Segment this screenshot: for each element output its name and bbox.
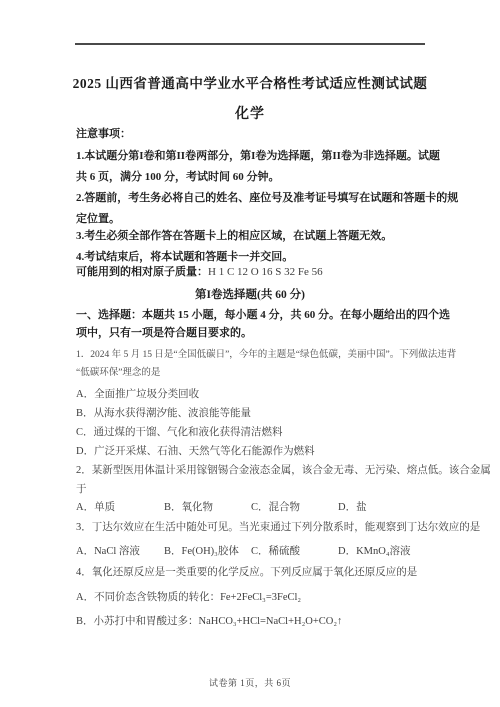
exam-title: 2025 山西省普通高中学业水平合格性考试适应性测试试题 — [0, 72, 500, 92]
question-2-stem-line-1: 2．某新型医用体温计采用镓铟锡合金液态金属，该合金无毒、无污染、熔点低。该合金属 — [76, 464, 446, 478]
question-1-option-b: B．从海水获得潮汐能、波浪能等能量 — [76, 407, 446, 421]
atomic-mass-values: H 1 C 12 O 16 S 32 Fe 56 — [208, 266, 323, 278]
exam-paper-page: 2025 山西省普通高中学业水平合格性考试适应性测试试题 化学 注意事项： 1.… — [0, 0, 500, 707]
notice-item-2-line-1: 2.答题前，考生务必将自己的姓名、座位号及准考证号填写在试题和答题卡的规 — [76, 191, 446, 205]
question-1-stem-line-2: “低碳环保”理念的是 — [76, 366, 446, 380]
atomic-mass-label: 可能用到的相对原子质量： — [76, 266, 208, 278]
selection-intro-line-1: 一、选择题：本题共 15 小题，每小题 4 分，共 60 分。在每小题给出的四个… — [76, 308, 446, 322]
top-rule — [75, 43, 425, 45]
question-1-option-a: A．全面推广垃圾分类回收 — [76, 388, 446, 402]
question-1-option-d: D．广泛开采煤、石油、天然气等化石能源作为燃料 — [76, 445, 446, 459]
question-4-option-b: B．小苏打中和胃酸过多：NaHCO₃+HCl=NaCl+H₂O+CO₂↑ — [76, 615, 446, 629]
question-2-option-a: A．单质 — [76, 501, 164, 515]
question-2-option-c: C．混合物 — [251, 501, 338, 515]
notice-item-1-line-1: 1.本试题分第I卷和第II卷两部分，第I卷为选择题，第II卷为非选择题。试题 — [76, 149, 446, 163]
notice-item-2-line-2: 定位置。 — [76, 212, 446, 226]
question-2-options-row: A．单质 B．氧化物 C．混合物 D．盐 — [76, 501, 446, 515]
section-1-title: 第I卷选择题(共 60 分) — [0, 286, 500, 302]
question-2-stem-line-2: 于 — [76, 483, 446, 497]
question-3-stem-line-1: 3．丁达尔效应在生活中随处可见。当光束通过下列分散系时，能观察到丁达尔效应的是 — [76, 521, 446, 535]
question-3-option-a: A．NaCl 溶液 — [76, 545, 164, 559]
notice-item-3: 3.考生必须全部作答在答题卡上的相应区域，在试题上答题无效。 — [76, 229, 446, 243]
question-2-option-d: D．盐 — [338, 501, 367, 515]
question-1-option-c: C．通过煤的干馏、气化和液化获得清洁燃料 — [76, 426, 446, 440]
notice-item-1-line-2: 共 6 页，满分 100 分，考试时间 60 分钟。 — [76, 170, 446, 184]
question-3-option-b: B．Fe(OH)₃胶体 — [164, 545, 251, 559]
question-4-option-a: A．不同价态含铁物质的转化：Fe+2FeCl₃=3FeCl₂ — [76, 591, 446, 605]
notice-heading: 注意事项： — [76, 127, 446, 141]
notice-item-4: 4.考试结束后，将本试题和答题卡一并交回。 — [76, 250, 446, 264]
atomic-mass-line: 可能用到的相对原子质量：H 1 C 12 O 16 S 32 Fe 56 — [76, 265, 446, 279]
question-3-option-d: D．KMnO₄溶液 — [338, 545, 411, 559]
selection-intro-line-2: 项中，只有一项是符合题目要求的。 — [76, 326, 446, 340]
question-1-stem-line-1: 1．2024 年 5 月 15 日是“全国低碳日”，今年的主题是“绿色低碳，美丽… — [76, 348, 446, 362]
page-footer: 试卷第 1页，共 6页 — [0, 676, 500, 689]
exam-subject: 化学 — [0, 103, 500, 123]
question-2-option-b: B．氧化物 — [164, 501, 251, 515]
question-4-stem-line-1: 4．氧化还原反应是一类重要的化学反应。下列反应属于氧化还原反应的是 — [76, 566, 446, 580]
question-3-option-c: C．稀硫酸 — [251, 545, 338, 559]
question-3-options-row: A．NaCl 溶液 B．Fe(OH)₃胶体 C．稀硫酸 D．KMnO₄溶液 — [76, 545, 446, 559]
